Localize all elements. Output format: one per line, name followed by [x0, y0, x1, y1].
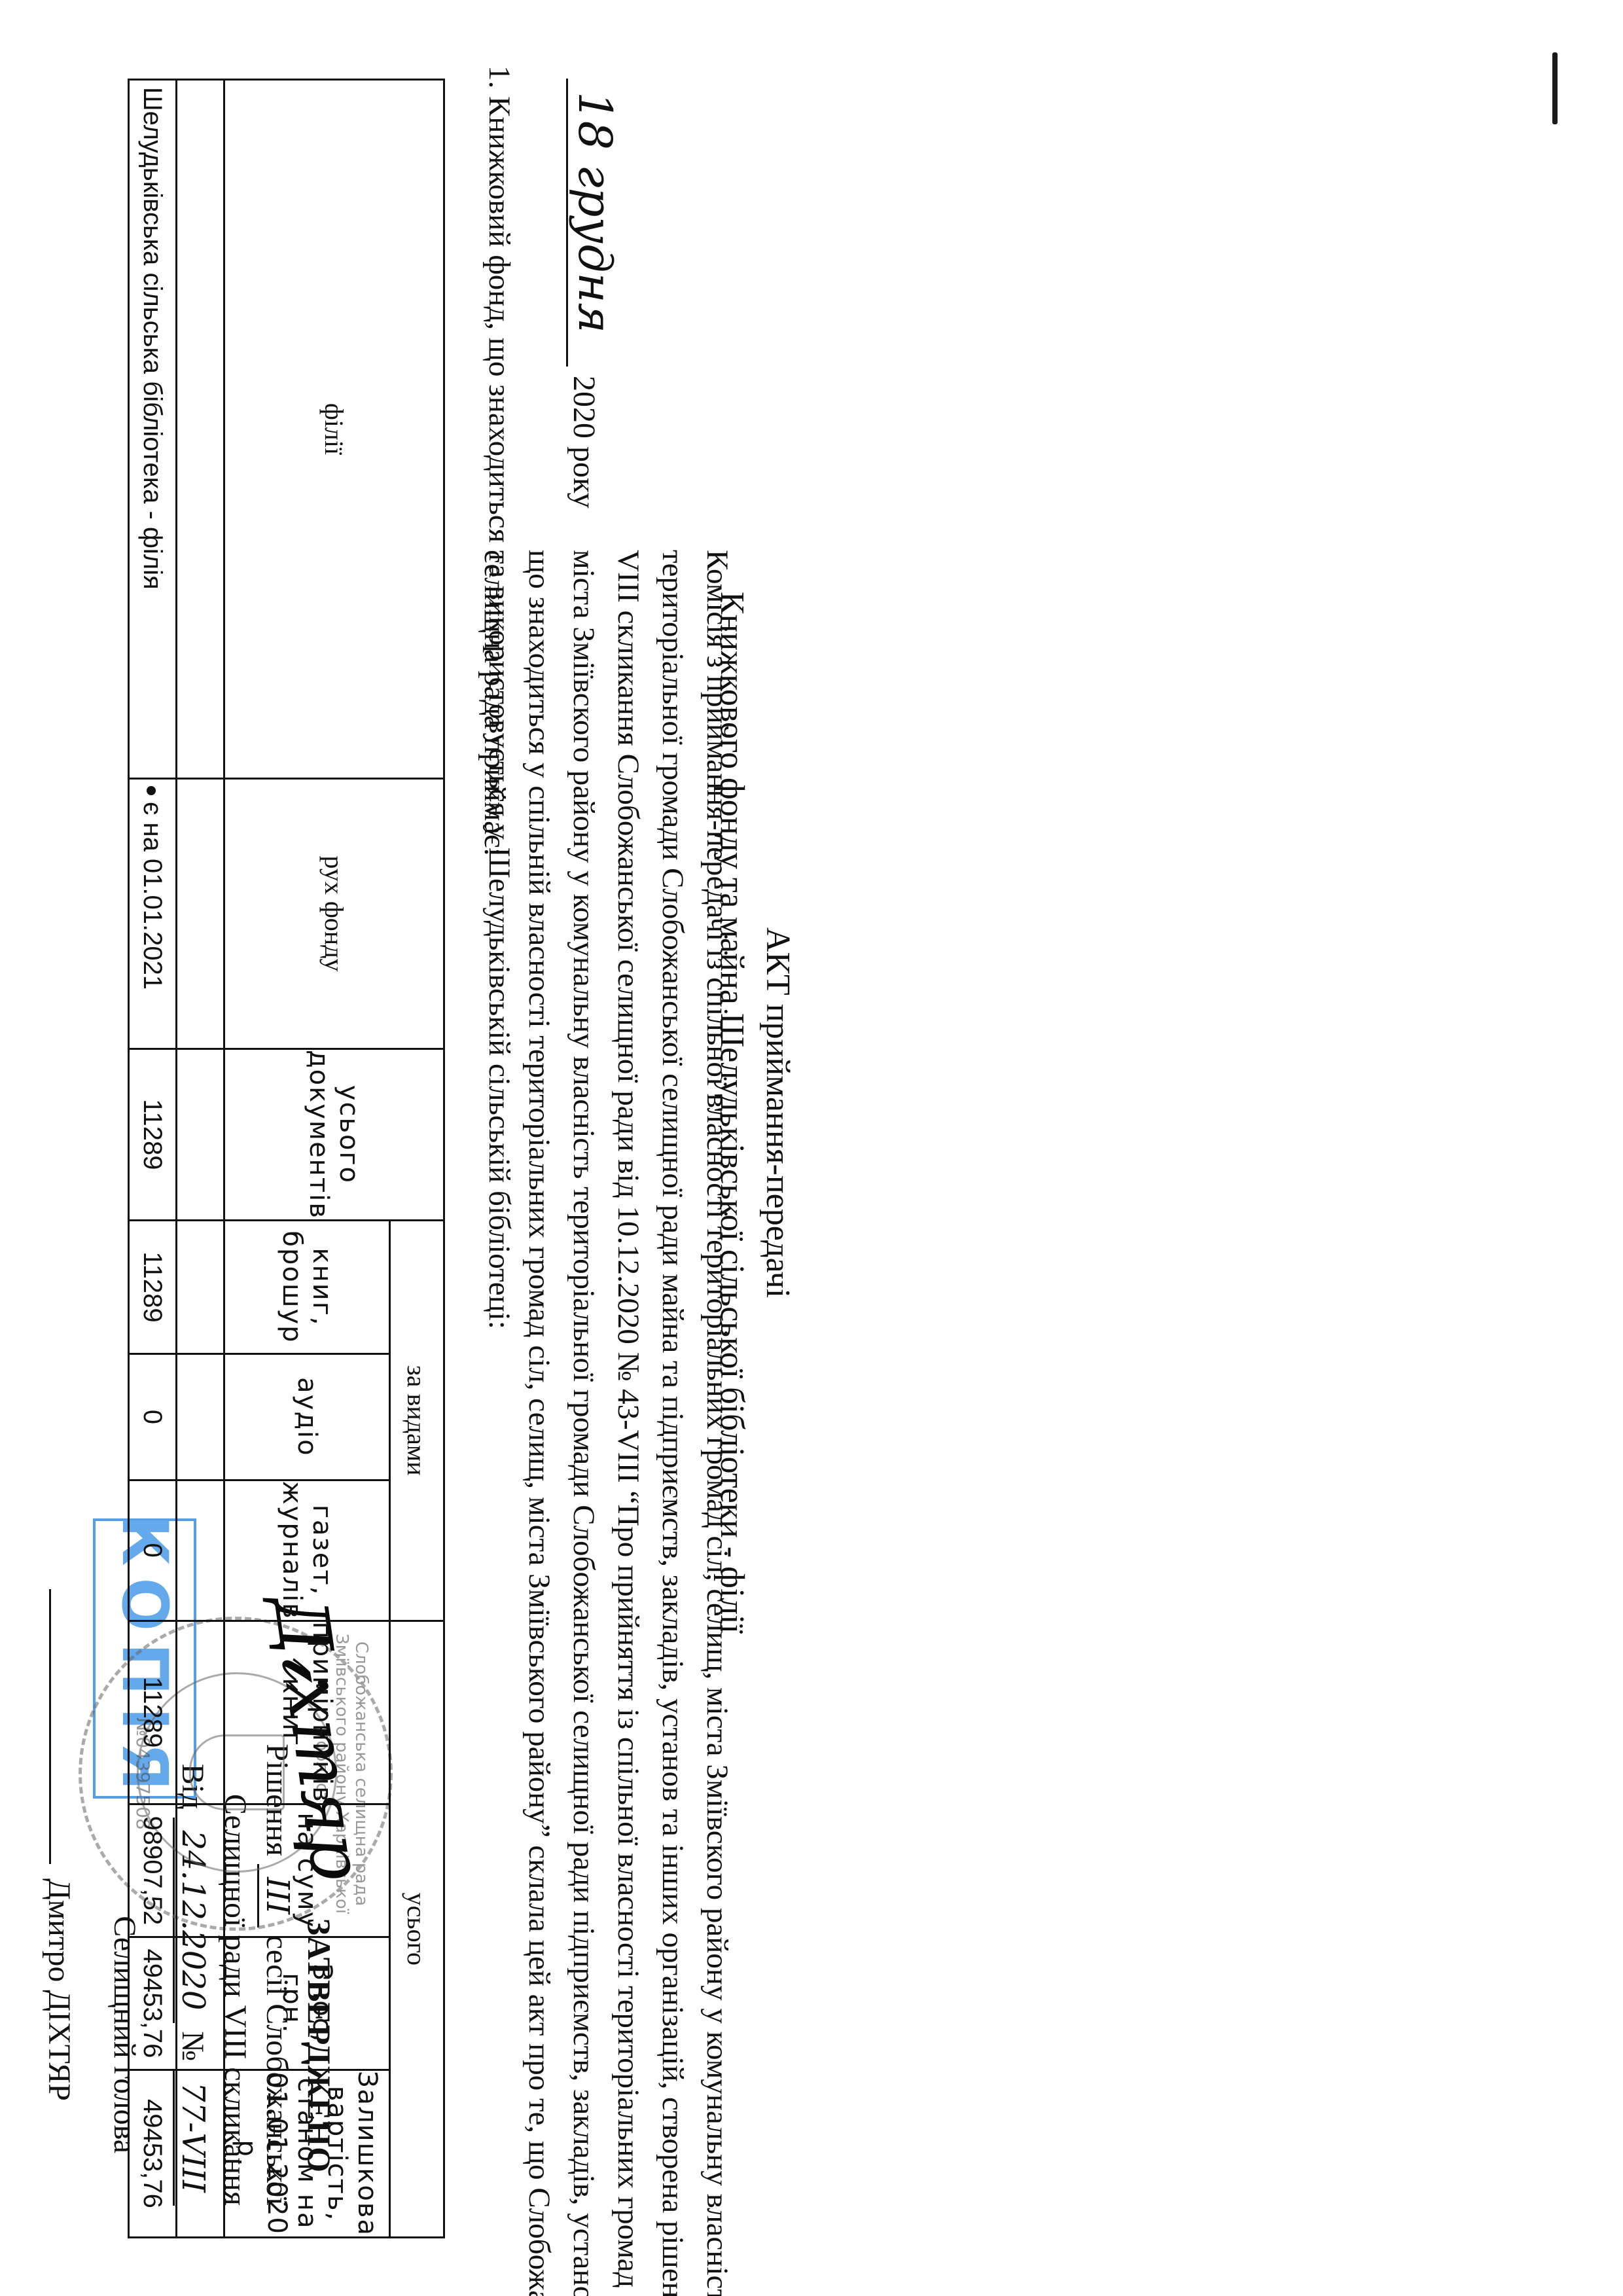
document-date-year: 2020 року — [566, 376, 602, 509]
cell-newspapers-magazines: 0 — [129, 1480, 177, 1621]
header-newspapers-magazines: газет, журналів — [224, 1480, 390, 1621]
table-empty-row — [177, 80, 224, 2238]
head-name: Дмитро ДІХТЯР — [42, 1878, 77, 2101]
body-line: міста Зміївского району у комунальну вла… — [562, 550, 606, 2173]
cell-movement: є на 01.01.2021 — [129, 778, 177, 1049]
body-line: VIII скликання Слобожанської селищної ра… — [606, 550, 651, 2173]
body-line: територіальної громади Слобожанської сел… — [651, 550, 695, 2173]
scan-margin-mark — [1552, 52, 1558, 124]
header-books-brochures: книг, брошур — [224, 1220, 390, 1354]
bullet-icon — [147, 786, 156, 795]
cell-books-brochures: 11289 — [129, 1220, 177, 1354]
cell-movement-text: є на 01.01.2021 — [139, 802, 168, 990]
header-depreciation: Знос, грн. — [224, 1937, 390, 2070]
book-fund-table: філії рух фонду усього документів за вид… — [128, 79, 445, 2238]
cell-total-documents: 11289 — [129, 1049, 177, 1220]
rotated-document-sheet: КОПІЯ ЗАТВЕРДЖЕНО Рішення ІІІ сесії Слоб… — [0, 0, 1623, 2296]
table-row: Шелудьківська сільська бібліотека - філі… — [129, 80, 177, 2238]
header-branch: філії — [224, 80, 444, 779]
cell-branch: Шелудьківська сільська бібліотека - філі… — [129, 80, 177, 779]
body-line: що знаходиться у спільній власності тери… — [517, 550, 562, 2173]
header-group-by-type: за видами — [390, 1220, 444, 1621]
document-date: 18 грудня 2020 року — [566, 79, 622, 509]
head-name-line: Дмитро ДІХТЯР — [38, 1486, 80, 2101]
header-amount: на суму — [224, 1804, 390, 1937]
act-title: АКТ приймання-передачі — [757, 655, 798, 1571]
cell-amount: 98907,52 — [129, 1804, 177, 1937]
header-group-total: усього — [390, 1621, 444, 2237]
section-title: 1. Книжковий фонд, що знаходиться та вик… — [482, 65, 517, 1329]
header-total-documents: усього документів — [224, 1049, 444, 1220]
document-date-handwritten: 18 грудня — [566, 79, 622, 367]
cell-audio: 0 — [129, 1354, 177, 1480]
header-audio: аудіо — [224, 1354, 390, 1480]
body-line: Комісія з приймання-передачі із спільної… — [695, 550, 740, 2173]
signature-line — [49, 1589, 51, 1864]
cell-depreciation: 49453,76 — [129, 1937, 177, 2070]
table-group-header-row: філії рух фонду усього документів за вид… — [390, 80, 444, 2238]
header-residual-value: Залишкова вартість, станом на 01.01.2020… — [224, 2070, 390, 2237]
header-book-copies: примірників книг — [224, 1621, 390, 1804]
header-movement: рух фонду — [224, 778, 444, 1049]
cell-book-copies: 11289 — [129, 1621, 177, 1804]
cell-residual-value: 49453,76 — [129, 2070, 177, 2237]
